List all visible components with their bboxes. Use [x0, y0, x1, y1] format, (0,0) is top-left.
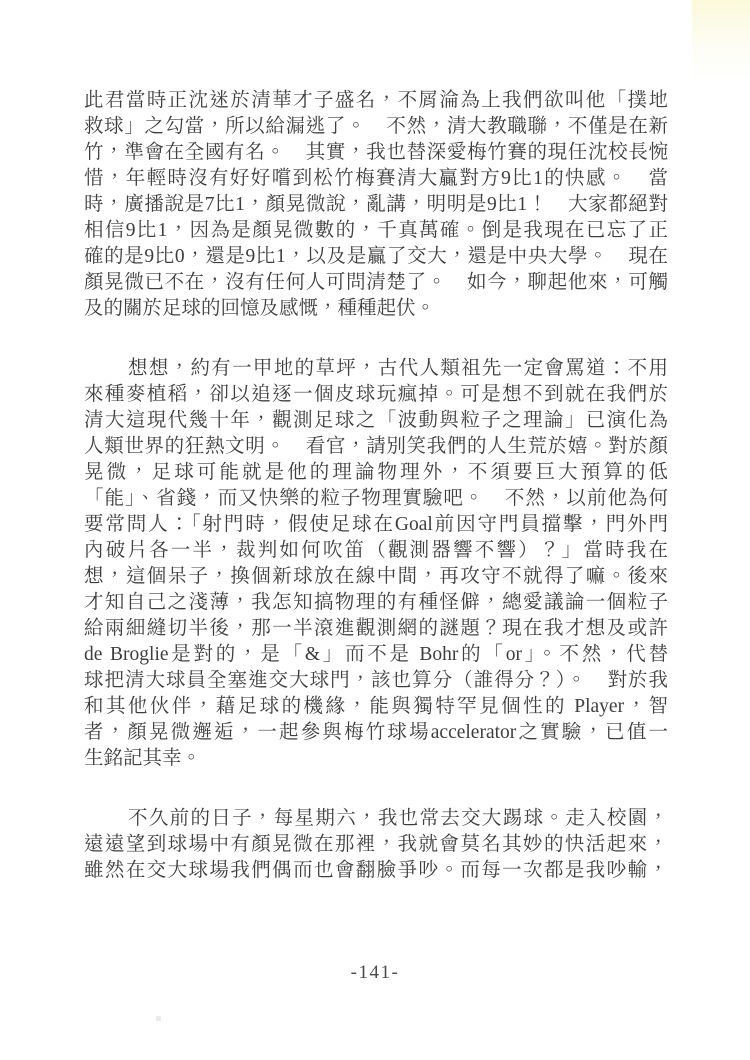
paragraph: 此君當時正沈迷於清華才子盛名，不屑淪為上我們欲叫他「撲地救球」之勾當，所以給漏逃… — [84, 88, 668, 322]
text-line: 不久前的日子，每星期六，我也常去交大踢球。走入校園， — [84, 806, 668, 832]
text-line: 雖然在交大球場我們偶而也會翻臉爭吵。而每一次都是我吵輸， — [84, 858, 668, 884]
text-line: 想，這個呆子，換個新球放在線中間，再攻守不就得了嘛。後來 — [84, 564, 668, 590]
scan-artifact — [156, 1016, 161, 1021]
text-line: 和其他伙伴，藉足球的機緣，能與獨特罕見個性的 Player，智 — [84, 694, 668, 720]
text-line: 生銘記其幸。 — [84, 746, 668, 772]
text-line: 想想，約有一甲地的草坪，古代人類祖先一定會罵道：不用 — [84, 356, 668, 382]
text-line: 內破片各一半，裁判如何吹笛（觀測器響不響）？」當時我在 — [84, 538, 668, 564]
text-line: 及的關於足球的回憶及感慨，種種起伏。 — [84, 296, 668, 322]
text-line: 此君當時正沈迷於清華才子盛名，不屑淪為上我們欲叫他「撲地 — [84, 88, 668, 114]
text-line: 確的是9比0，還是9比1，以及是贏了交大，還是中央大學。 現在 — [84, 244, 668, 270]
text-line: 竹，準會在全國有名。 其實，我也替深愛梅竹賽的現任沈校長惋 — [84, 140, 668, 166]
text-line: 來種麥植稻，卻以追逐一個皮球玩瘋掉。可是想不到就在我們於 — [84, 382, 668, 408]
text-line: 晃微，足球可能就是他的理論物理外，不須要巨大預算的低 — [84, 460, 668, 486]
text-line: 人類世界的狂熱文明。 看官，請別笑我們的人生荒於嬉。對於顏 — [84, 434, 668, 460]
text-line: 者，顏晃微邂逅，一起參與梅竹球場accelerator之實驗，已值一 — [84, 720, 668, 746]
text-line: 救球」之勾當，所以給漏逃了。 不然，清大教職聯，不僅是在新 — [84, 114, 668, 140]
text-line: 才知自己之淺薄，我怎知搞物理的有種怪僻，總愛議論一個粒子 — [84, 590, 668, 616]
page-number: -141- — [0, 962, 750, 984]
text-line: 遠遠望到球場中有顏晃微在那裡，我就會莫名其妙的快活起來， — [84, 832, 668, 858]
paragraph: 不久前的日子，每星期六，我也常去交大踢球。走入校園，遠遠望到球場中有顏晃微在那裡… — [84, 806, 668, 884]
document-page: 此君當時正沈迷於清華才子盛名，不屑淪為上我們欲叫他「撲地救球」之勾當，所以給漏逃… — [0, 0, 750, 1060]
text-line: 給兩細縫切半後，那一半滾進觀測網的謎題？現在我才想及或許 — [84, 616, 668, 642]
text-line: 相信9比1，因為是顏晃微數的，千真萬確。倒是我現在已忘了正 — [84, 218, 668, 244]
document-body: 此君當時正沈迷於清華才子盛名，不屑淪為上我們欲叫他「撲地救球」之勾當，所以給漏逃… — [84, 88, 668, 918]
text-line: 清大這現代幾十年，觀測足球之「波動與粒子之理論」已演化為 — [84, 408, 668, 434]
text-line: 要常問人：「射門時，假使足球在Goal前因守門員擋擊，門外門 — [84, 512, 668, 538]
text-line: 顏晃微已不在，沒有任何人可問清楚了。 如今，聊起他來，可觸 — [84, 270, 668, 296]
text-line: 「能」、省錢，而又快樂的粒子物理實驗吧。 不然，以前他為何 — [84, 486, 668, 512]
text-line: de Broglie是對的，是「&」而不是 Bohr的「or」。不然，代替 — [84, 642, 668, 668]
text-line: 惜，年輕時沒有好好嚐到松竹梅賽清大贏對方9比1的快感。 當 — [84, 166, 668, 192]
text-line: 球把清大球員全塞進交大球門，該也算分（誰得分？）。 對於我 — [84, 668, 668, 694]
paragraph: 想想，約有一甲地的草坪，古代人類祖先一定會罵道：不用來種麥植稻，卻以追逐一個皮球… — [84, 356, 668, 772]
scan-edge-tint — [692, 0, 750, 85]
text-line: 時，廣播說是7比1，顏晃微說，亂講，明明是9比1！ 大家都絕對 — [84, 192, 668, 218]
